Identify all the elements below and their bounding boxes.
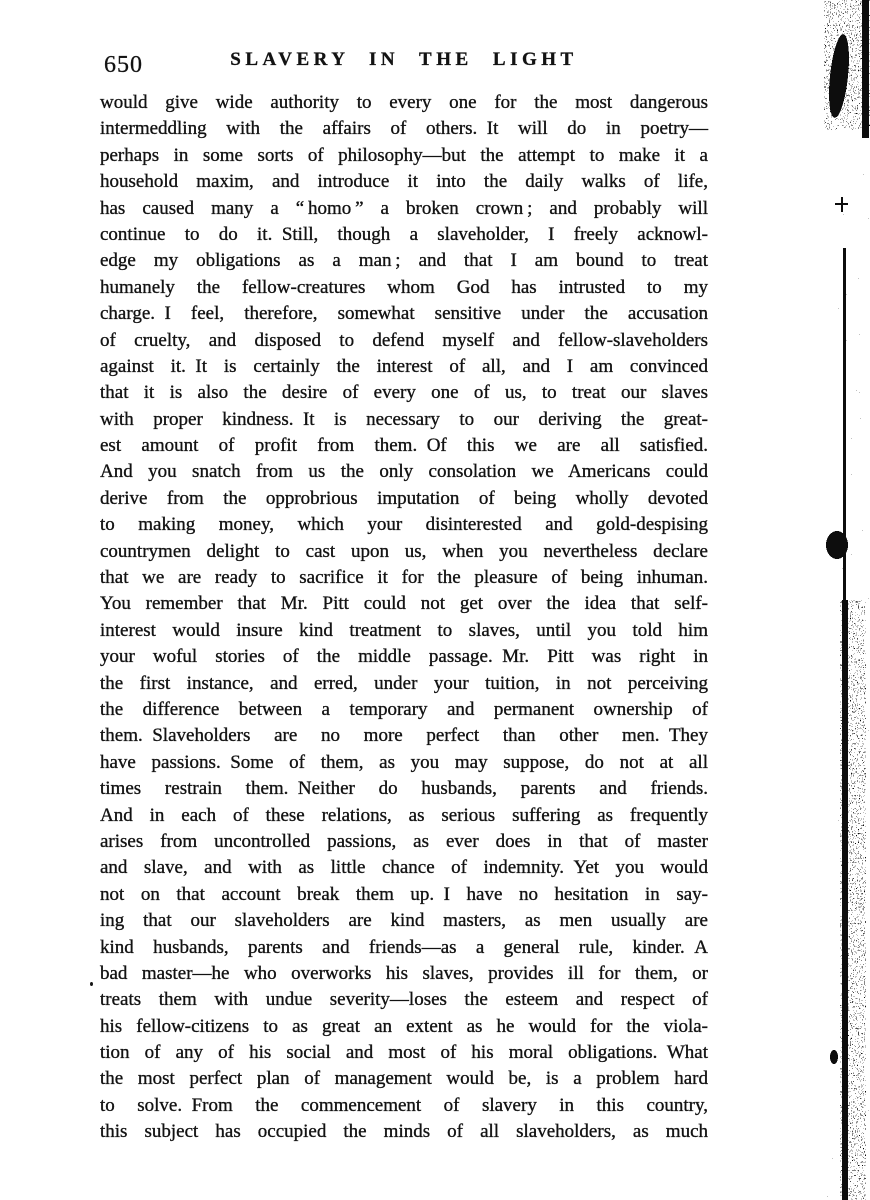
text-line: the first instance, and erred, under you…	[100, 671, 708, 697]
text-line: that it is also the desire of every one …	[100, 380, 708, 406]
text-line: the difference between a temporary and p…	[100, 697, 708, 723]
text-line: his fellow-citizens to as great an exten…	[100, 1014, 708, 1040]
text-line: the most perfect plan of management woul…	[100, 1066, 708, 1092]
running-header-title: SLAVERY IN THE LIGHT	[100, 49, 708, 71]
text-line: You remember that Mr. Pitt could not get…	[100, 591, 708, 617]
text-line: humanely the fellow-creatures whom God h…	[100, 275, 708, 301]
scan-speck	[90, 982, 93, 986]
text-line: has caused many a “ homo ” a broken crow…	[100, 196, 708, 222]
text-line: would give wide authority to every one f…	[100, 90, 708, 116]
page-body-text: would give wide authority to every one f…	[100, 90, 708, 1146]
text-line: est amount of profit from them. Of this …	[100, 433, 708, 459]
text-line: countrymen delight to cast upon us, when…	[100, 539, 708, 565]
text-line: continue to do it. Still, though a slave…	[100, 222, 708, 248]
text-line: that we are ready to sacrifice it for th…	[100, 565, 708, 591]
text-line: against it. It is certainly the interest…	[100, 354, 708, 380]
text-line: them. Slaveholders are no more perfect t…	[100, 723, 708, 749]
text-line: derive from the opprobrious imputation o…	[100, 486, 708, 512]
text-line: kind husbands, parents and friends—as a …	[100, 935, 708, 961]
text-line: to making money, which your disintereste…	[100, 512, 708, 538]
text-line: And in each of these relations, as serio…	[100, 803, 708, 829]
text-line: times restrain them. Neither do husbands…	[100, 776, 708, 802]
text-line: tion of any of his social and most of hi…	[100, 1040, 708, 1066]
text-line: charge. I feel, therefore, somewhat sens…	[100, 301, 708, 327]
text-line: perhaps in some sorts of philosophy—but …	[100, 143, 708, 169]
text-line: of cruelty, and disposed to defend mysel…	[100, 328, 708, 354]
text-line: and slave, and with as little chance of …	[100, 855, 708, 881]
text-line: your woful stories of the middle passage…	[100, 644, 708, 670]
text-line: arises from uncontrolled passions, as ev…	[100, 829, 708, 855]
text-line: this subject has occupied the minds of a…	[100, 1119, 708, 1145]
text-line: edge my obligations as a man ; and that …	[100, 248, 708, 274]
text-line: And you snatch from us the only consolat…	[100, 459, 708, 485]
text-line: household maxim, and introduce it into t…	[100, 169, 708, 195]
scan-binding-artifact	[822, 0, 870, 1200]
text-line: interest would insure kind treatment to …	[100, 618, 708, 644]
text-line: ing that our slaveholders are kind maste…	[100, 908, 708, 934]
text-line: bad master—he who overworks his slaves, …	[100, 961, 708, 987]
text-line: treats them with undue severity—loses th…	[100, 987, 708, 1013]
text-line: with proper kindness. It is necessary to…	[100, 407, 708, 433]
text-line: not on that account break them up. I hav…	[100, 882, 708, 908]
text-line: have passions. Some of them, as you may …	[100, 750, 708, 776]
text-line: intermeddling with the affairs of others…	[100, 116, 708, 142]
text-line: to solve. From the commencement of slave…	[100, 1093, 708, 1119]
